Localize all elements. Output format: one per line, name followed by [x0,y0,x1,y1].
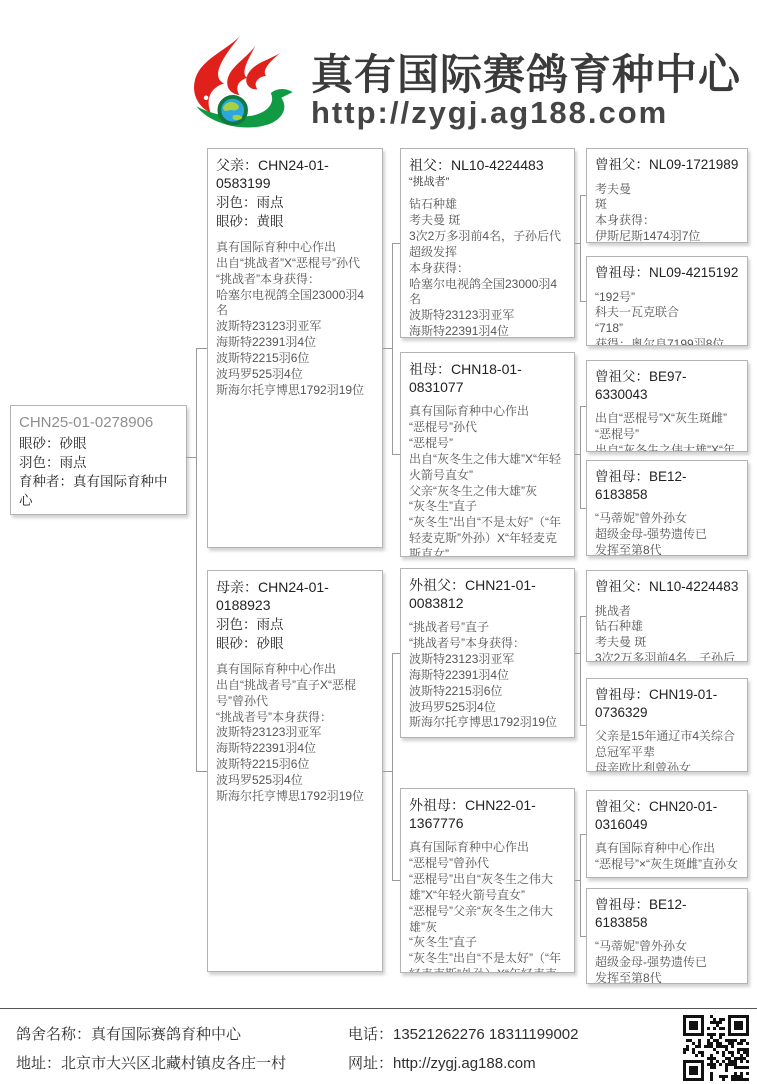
connector-line [383,771,392,772]
father-ring-number: 父亲：CHN24-01-0583199 [216,156,374,192]
great-grandmother-4-box: 曾祖母：BE12-6183858 “马蒂妮”曾外孙女 超级金母-强势遗传已 发挥… [586,888,748,984]
connector-line [580,301,586,302]
connector-line [580,508,586,509]
mother-box: 母亲：CHN24-01-0188923 羽色：雨点 眼砂：砂眼 真有国际育种中心… [207,570,383,972]
connector-line [383,348,392,349]
brand-url-text: http://zygj.ag188.com [311,95,668,131]
grandfather-name: “挑战者” [409,175,566,189]
great-grandfather-1-ring-number: 曾祖父：NL09-1721989 [595,156,739,174]
connector-line [196,771,207,772]
great-grandmother-4-description: “马蒂妮”曾外孙女 超级金母-强势遗传已 发挥至第8代 子孙后代超级发挥 代代有… [595,939,739,984]
great-grandfather-4-box: 曾祖父：CHN20-01-0316049 真有国际育种中心作出 “恶棍号”×“灰… [586,790,748,878]
footer: 鸽舍名称：真有国际赛鸽育种中心 地址：北京市大兴区北藏村镇皮各庄一村 电话：13… [0,1008,757,1084]
maternal-grandmother-box: 外祖母：CHN22-01-1367776 真有国际育种中心作出 “恶棍号”曾孙代… [400,788,575,973]
connector-line [196,348,207,349]
great-grandmother-2-ring-number: 曾祖母：BE12-6183858 [595,468,739,503]
maternal-grandmother-ring-number: 外祖母：CHN22-01-1367776 [409,796,566,832]
great-grandmother-1-description: “192号” 科夫一瓦克联合 “718” 获得：奥尔良7199羽8位 [595,290,739,346]
father-traits: 羽色：雨点 眼砂：黄眼 [216,194,374,232]
connector-line [580,406,581,508]
connector-line [580,834,581,936]
breeding-center-logo [184,34,310,134]
maternal-grandfather-box: 外祖父：CHN21-01-0083812 “挑战者号”直子 “挑战者号”本身获得… [400,568,575,738]
great-grandmother-3-ring-number: 曾祖母：CHN19-01-0736329 [595,686,739,721]
connector-line [580,616,581,725]
great-grandfather-3-ring-number: 曾祖父：NL10-4224483 [595,578,739,596]
great-grandmother-2-description: “马蒂妮”曾外孙女 超级金母-强势遗传已 发挥至第8代 子孙后代超级发挥 代代有… [595,511,739,556]
qr-code [683,1015,749,1081]
mother-traits: 羽色：雨点 眼砂：砂眼 [216,616,374,654]
father-box: 父亲：CHN24-01-0583199 羽色：雨点 眼砂：黄眼 真有国际育种中心… [207,148,383,548]
great-grandfather-1-description: 考夫曼 斑 本身获得： 伊斯尼斯1474羽7位 米尔668位21位 [595,182,739,243]
great-grandfather-1-box: 曾祖父：NL09-1721989 考夫曼 斑 本身获得： 伊斯尼斯1474羽7位… [586,148,748,243]
great-grandmother-1-box: 曾祖母：NL09-4215192 “192号” 科夫一瓦克联合 “718” 获得… [586,256,748,346]
great-grandfather-2-box: 曾祖父：BE97-6330043 出自“恶棍号”X“灰生斑雌” “恶棍号” 出自… [586,360,748,452]
great-grandfather-3-description: 挑战者 钻石种雄 考夫曼 斑 3次2万多羽前4名，子孙后代超级发挥 [595,604,739,662]
connector-line [392,653,393,880]
maternal-grandmother-description: 真有国际育种中心作出 “恶棍号”曾孙代 “恶棍号”出自“灰冬生之伟大雄”X“年轻… [409,840,566,973]
great-grandmother-2-box: 曾祖母：BE12-6183858 “马蒂妮”曾外孙女 超级金母-强势遗传已 发挥… [586,460,748,556]
mother-description: 真有国际育种中心作出 出自“挑战者号”直子X“恶棍号”曾孙代 “挑战者号”本身获… [216,662,374,804]
loft-name: 鸽舍名称：真有国际赛鸽育种中心 [16,1021,286,1050]
pedigree-certificate-page: 真有国际赛鸽育种中心 http://zygj.ag188.com CHN25-0… [0,0,757,1084]
phoenix-bird-logo-icon [184,34,310,134]
grandmother-description: 真有国际育种中心作出 “恶棍号”孙代 “恶棍号” 出自“灰冬生之伟大雄”X“年轻… [409,404,566,557]
footer-left-column: 鸽舍名称：真有国际赛鸽育种中心 地址：北京市大兴区北藏村镇皮各庄一村 [16,1021,286,1078]
great-grandmother-1-ring-number: 曾祖母：NL09-4215192 [595,264,739,282]
great-grandfather-4-ring-number: 曾祖父：CHN20-01-0316049 [595,798,739,833]
loft-address: 地址：北京市大兴区北藏村镇皮各庄一村 [16,1050,286,1079]
grandfather-box: 祖父：NL10-4224483 “挑战者” 钻石种雄 考夫曼 斑 3次2万多羽前… [400,148,575,338]
connector-line [580,195,581,301]
father-description: 真有国际育种中心作出 出自“挑战者”X“恶棍号”孙代 “挑战者”本身获得： 哈塞… [216,240,374,398]
connector-line [186,457,196,458]
page-title: 真有国际赛鸽育种中心 [311,42,741,102]
grandfather-ring-number: 祖父：NL10-4224483 [409,156,566,174]
connector-line [392,454,400,455]
connector-line [580,936,586,937]
great-grandfather-2-description: 出自“恶棍号”X“灰生斑雌” “恶棍号” 出自“灰冬生之伟大雄”X“年轻火箭号直… [595,411,739,452]
great-grandmother-3-box: 曾祖母：CHN19-01-0736329 父亲是15年通辽市4关综合总冠军平辈 … [586,678,748,772]
great-grandfather-2-ring-number: 曾祖父：BE97-6330043 [595,368,739,403]
connector-line [196,348,197,771]
connector-line [392,880,400,881]
connector-line [392,653,400,654]
mother-ring-number: 母亲：CHN24-01-0188923 [216,578,374,614]
great-grandmother-3-description: 父亲是15年通辽市4关综合总冠军平辈 母亲欧比利曾孙女 “欧比利”获 [595,729,739,772]
subject-ring-number: CHN25-01-0278906 [19,413,178,433]
grandfather-description: 钻石种雄 考夫曼 斑 3次2万多羽前4名，子孙后代超级发挥 本身获得： 哈塞尔电… [409,197,566,338]
grandmother-box: 祖母：CHN18-01-0831077 真有国际育种中心作出 “恶棍号”孙代 “… [400,352,575,557]
connector-line [392,243,393,454]
great-grandfather-3-box: 曾祖父：NL10-4224483 挑战者 钻石种雄 考夫曼 斑 3次2万多羽前4… [586,570,748,662]
connector-line [392,243,400,244]
website-url: 网址：http://zygj.ag188.com [348,1050,578,1079]
maternal-grandfather-ring-number: 外祖父：CHN21-01-0083812 [409,576,566,612]
maternal-grandfather-description: “挑战者号”直子 “挑战者号”本身获得： 波斯特23123羽亚军 海斯特2239… [409,620,566,731]
subject-details: 眼砂：砂眼 羽色：雨点 育种者：真有国际育种中心 [19,435,178,511]
phone-numbers: 电话：13521262276 18311199002 [348,1021,578,1050]
footer-right-column: 电话：13521262276 18311199002 网址：http://zyg… [348,1021,578,1078]
grandmother-ring-number: 祖母：CHN18-01-0831077 [409,360,566,396]
great-grandmother-4-ring-number: 曾祖母：BE12-6183858 [595,896,739,931]
great-grandfather-4-description: 真有国际育种中心作出 “恶棍号”×“灰生斑雌”直孙女 [595,841,739,873]
connector-line [580,725,586,726]
subject-pigeon-box: CHN25-01-0278906 眼砂：砂眼 羽色：雨点 育种者：真有国际育种中… [10,405,187,515]
